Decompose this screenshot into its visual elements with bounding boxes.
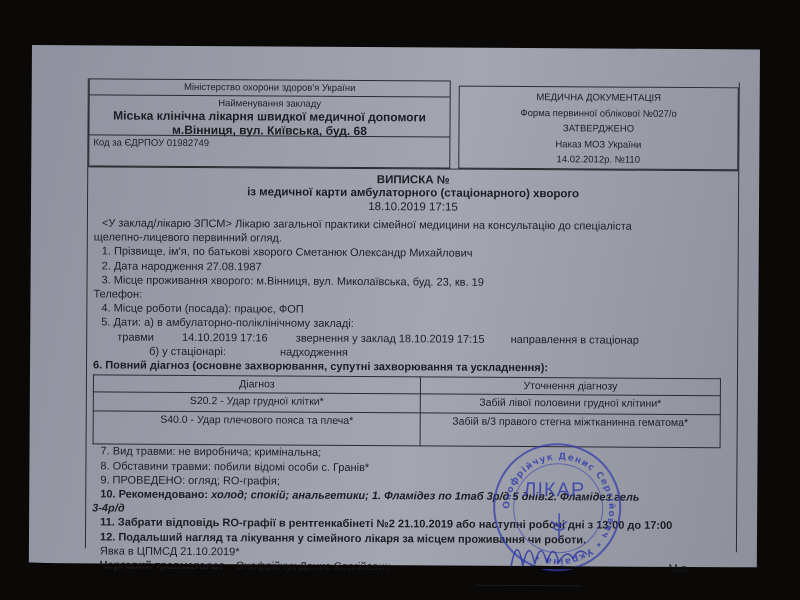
diagnosis-cell: S40.0 - Удар плечового пояса та плеча*: [93, 411, 420, 446]
column-diagnosis: Діагноз: [93, 375, 420, 394]
institution-block: Міністерство охорони здоров'я України На…: [88, 78, 451, 168]
hospital-referral: направлення в стаціонар: [511, 334, 639, 347]
document-header: Міністерство охорони здоров'я України На…: [88, 78, 739, 170]
medical-documentation-label: МЕДИЧНА ДОКУМЕНТАЦІЯ: [460, 90, 738, 107]
form-approval-block: МЕДИЧНА ДОКУМЕНТАЦІЯ Форма первинної обл…: [458, 86, 739, 171]
approved-label: ЗАТВЕРДЖЕНО: [459, 121, 737, 138]
seal-place: М.п.: [668, 563, 689, 575]
issue-datetime: 18.10.2019 17:15: [88, 198, 738, 217]
order-date: 14.02.2012р. №110: [459, 152, 737, 169]
doctor-name: Онофрійчук Денис Сергійович: [236, 560, 391, 573]
edrpou-code: Код за ЄДРПОУ 01982749: [89, 135, 449, 152]
institution-cell: Найменування закладу Міська клінічна лік…: [89, 95, 449, 137]
clarification-cell: Забій в/3 правого стегна міжтканинна гем…: [420, 413, 720, 448]
document-frame: Міністерство охорони здоров'я України На…: [85, 78, 740, 552]
order-label: Наказ МОЗ України: [459, 136, 737, 153]
clarification-cell: Забій лівої половини грудної клітини*: [420, 394, 720, 415]
doctor-title: Черговий травматолог: [100, 559, 224, 572]
column-clarification: Уточнення діагнозу: [420, 377, 720, 396]
form-number: Форма первинної облікової №027/о: [460, 105, 738, 122]
visit-date: звернення у заклад 18.10.2019 17:15: [296, 332, 485, 345]
document-title: ВИПИСКА № із медичної карти амбулаторног…: [88, 172, 738, 217]
inpatient-label: б) у стаціонарі:: [149, 346, 226, 358]
stamp-center-word: ЛІКАР: [523, 479, 585, 502]
discharge-document: Міністерство охорони здоров'я України На…: [29, 45, 760, 567]
diagnosis-table: Діагноз Уточнення діагнозу S20.2 - Удар …: [93, 375, 721, 449]
injury-date: 14.10.2019 17:16: [182, 332, 268, 345]
injury-label: травми: [117, 331, 154, 343]
admission-label: надходження: [280, 346, 348, 358]
table-row: S40.0 - Удар плечового пояса та плеча* З…: [93, 411, 720, 448]
signature-icon: [507, 528, 597, 579]
doctor-signature-line: Черговий травматолог Онофрійчук Денис Се…: [92, 558, 732, 576]
diagnosis-heading: 6. Повний діагноз (основне захворювання,…: [93, 358, 733, 376]
signature-line: [476, 585, 581, 587]
diagnosis-cell: S20.2 - Удар грудної клітки*: [93, 392, 420, 413]
recommendations-label: 10. Рекомендовано:: [100, 488, 208, 501]
institution-name: Міська клінічна лікарня швидкої медичної…: [90, 108, 450, 124]
document-body: <У заклад/лікарю ЗПСМ> Лікарю загальної …: [92, 216, 734, 576]
